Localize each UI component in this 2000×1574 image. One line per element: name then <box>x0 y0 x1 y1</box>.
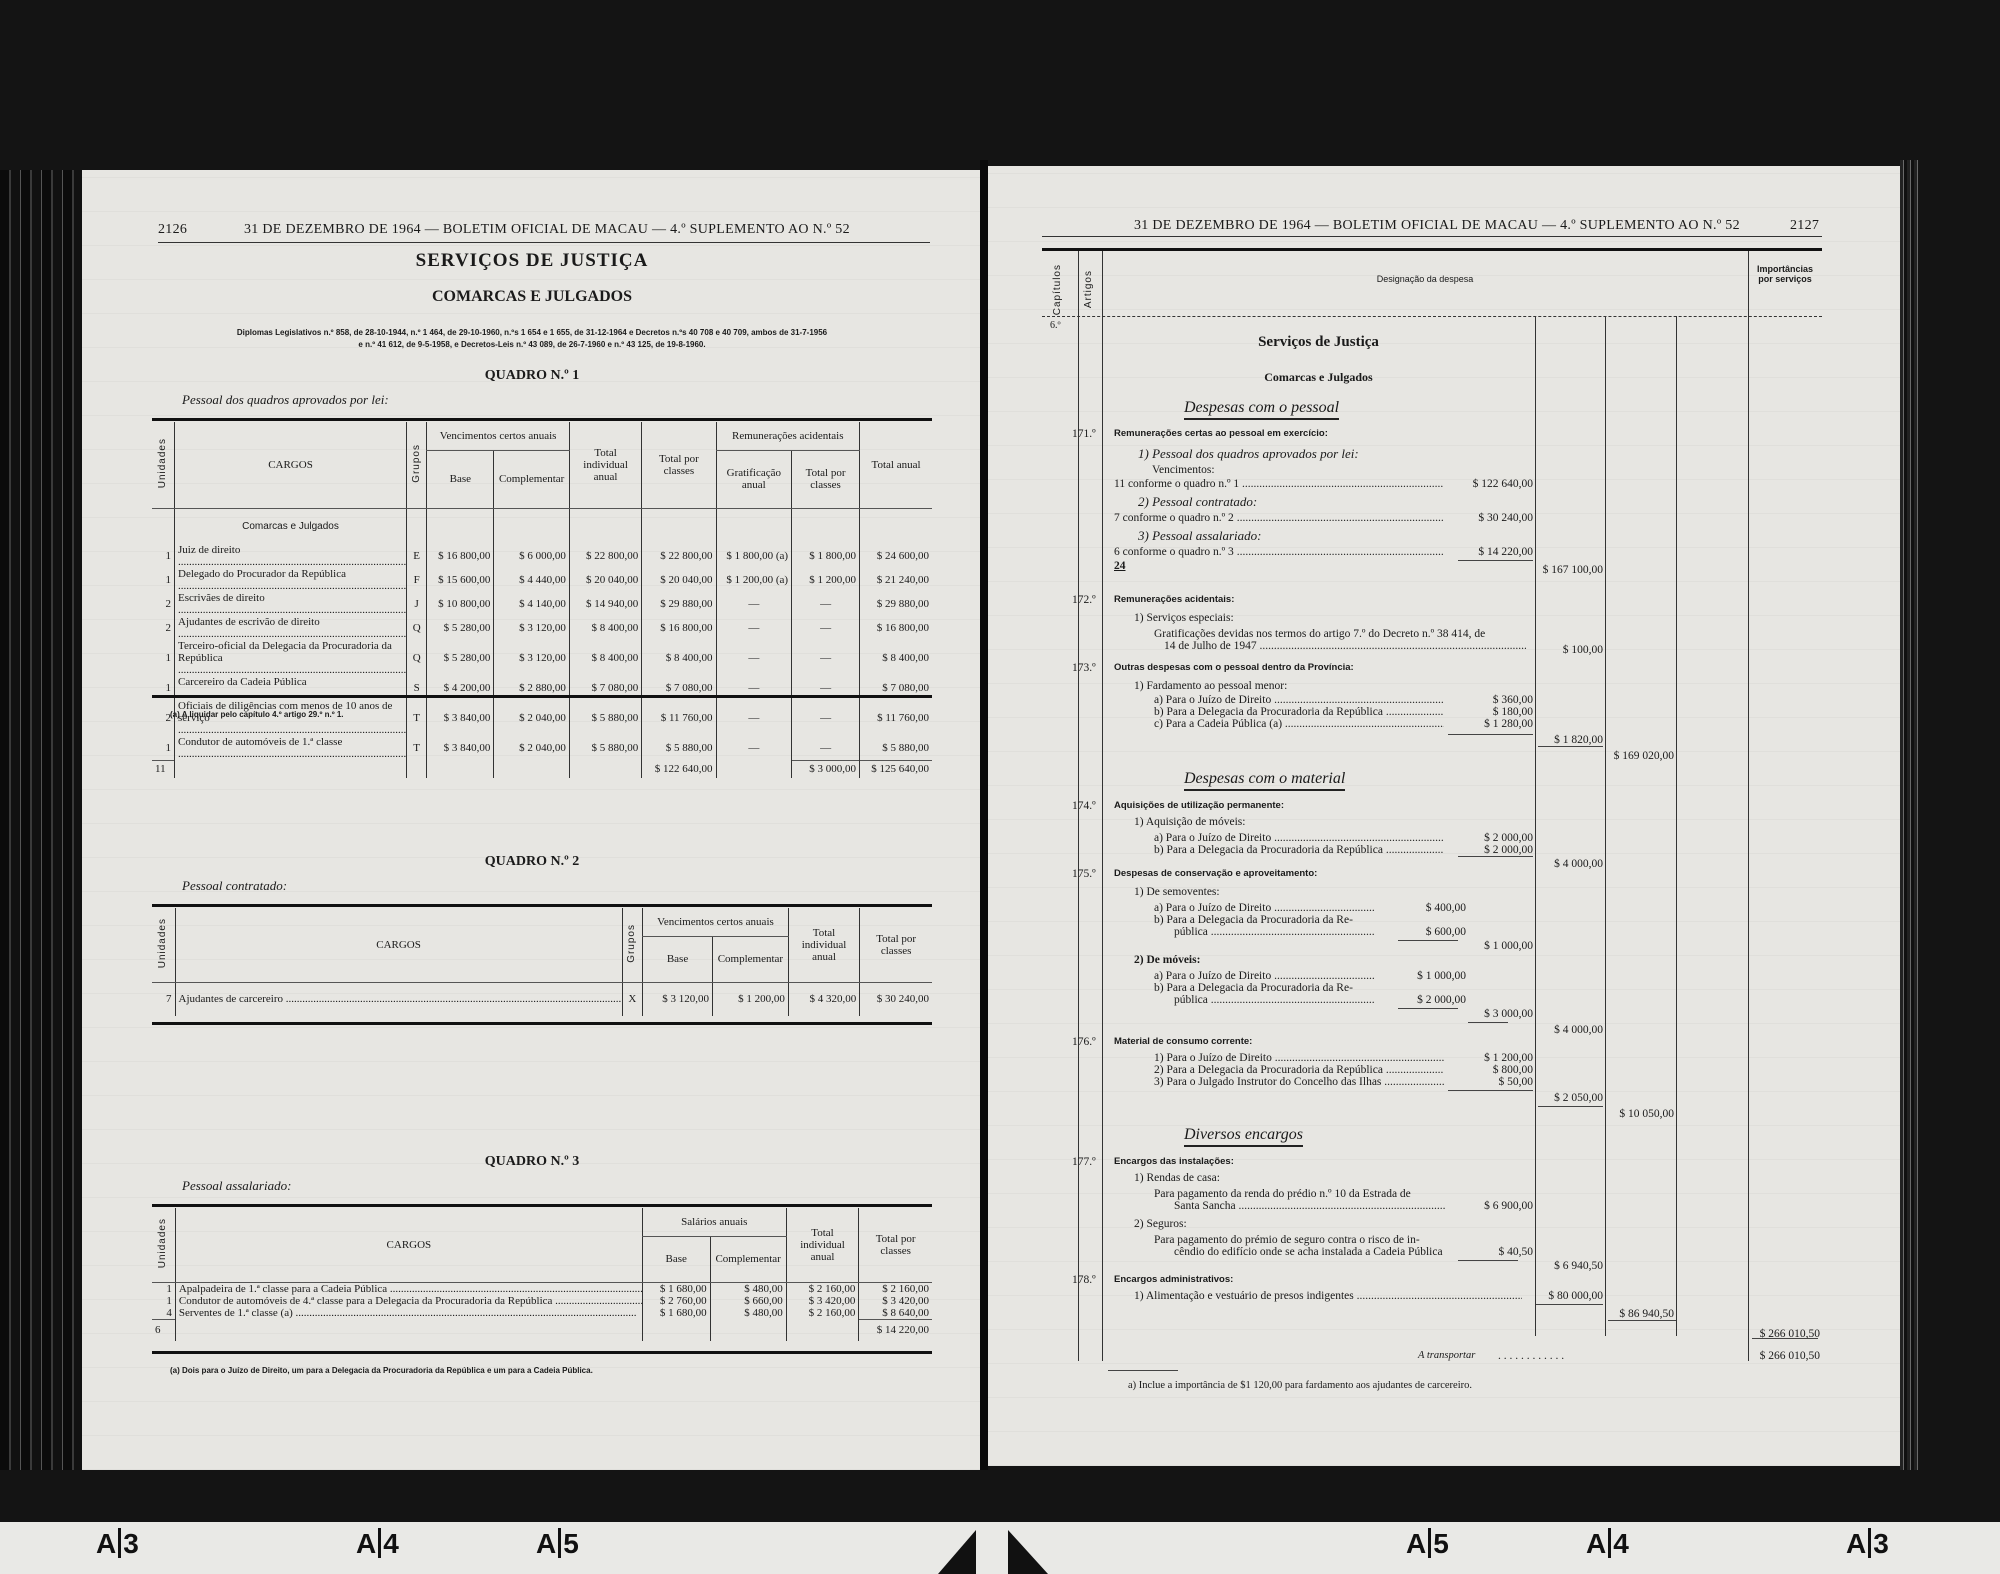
total-classes: $ 8 400,00 <box>642 640 716 676</box>
grupo: T <box>407 700 427 736</box>
table-row: 1Condutor de automóveis de 1.ª classeT$ … <box>152 736 932 760</box>
table-row: 1Delegado do Procurador da RepúblicaF$ 1… <box>152 568 932 592</box>
total-classes-2: — <box>792 700 860 736</box>
header-base: Base <box>643 936 713 982</box>
subtotal-rule <box>1458 1260 1518 1261</box>
complementar-value: $ 3 120,00 <box>494 640 569 676</box>
ledger-footnote: a) Inclue a importância de $1 120,00 par… <box>1128 1380 1472 1391</box>
total-anual: $ 16 800,00 <box>860 616 932 640</box>
line-item: 14 de Julho de 1947 <box>1164 640 1526 652</box>
blank <box>710 1319 786 1341</box>
book-spine <box>0 170 82 1470</box>
grupo: F <box>407 568 427 592</box>
header-total-individual: Total individual anual <box>569 422 641 508</box>
item-label: 1) Aquisição de móveis: <box>1134 816 1245 828</box>
cargo-name: Escrivães de direito <box>175 592 407 616</box>
header-base: Base <box>642 1236 710 1282</box>
quadro-3-footnote: (a) Dois para o Juízo de Direito, um par… <box>170 1366 593 1375</box>
amount: $ 360,00 <box>1493 694 1533 706</box>
total-classes-2: — <box>792 640 860 676</box>
amount: $ 40,50 <box>1499 1246 1534 1258</box>
subtotal-rule <box>1108 1370 1178 1371</box>
base-value: $ 2 760,00 <box>642 1295 710 1307</box>
line-item: 2) Para a Delegacia da Procuradoria da R… <box>1154 1064 1444 1076</box>
totals-row: 6$ 14 220,00 <box>152 1319 932 1341</box>
table-top-rule <box>152 904 932 907</box>
alignment-triangle-right <box>1008 1530 1048 1574</box>
item-label: Para pagamento do prémio de seguro contr… <box>1154 1234 1420 1246</box>
item-label: 2) Pessoal contratado: <box>1138 494 1257 510</box>
grupo: Q <box>407 616 427 640</box>
quadro-1-footnote: (a) A liquidar pelo capítulo 4.º artigo … <box>170 710 344 719</box>
cargo-name: Serventes de 1.ª classe (a) <box>175 1307 642 1320</box>
item-label: 1) Rendas de casa: <box>1134 1172 1220 1184</box>
header-capitulos: Capítulos <box>1052 264 1063 315</box>
table-top-rule <box>152 418 932 421</box>
table-row: 7Ajudantes de carcereiroX$ 3 120,00$ 1 2… <box>152 982 932 1016</box>
item-label: 1) Fardamento ao pessoal menor: <box>1134 680 1287 692</box>
blank <box>569 760 641 778</box>
amount: $ 50,00 <box>1499 1076 1534 1088</box>
header-unidades: Unidades <box>157 1218 169 1268</box>
section-heading: Despesas com o material <box>1184 770 1345 791</box>
line-item: a) Para o Juízo de Direito <box>1154 832 1444 844</box>
unit-total: 6 <box>152 1319 175 1341</box>
header-unidades: Unidades <box>157 438 169 488</box>
article-heading: Outras despesas com o pessoal dentro da … <box>1114 662 1354 673</box>
header-cargos: CARGOS <box>175 908 622 982</box>
cargo-name: Condutor de automóveis de 1.ª classe <box>175 736 407 760</box>
table-row: 2Ajudantes de escrivão de direitoQ$ 5 28… <box>152 616 932 640</box>
subtotal-rule <box>1448 734 1533 735</box>
header-cargos: CARGOS <box>175 1208 642 1282</box>
unit-total: 11 <box>152 760 175 778</box>
amount: $ 2 000,00 <box>1484 844 1533 856</box>
amount: $ 1 200,00 <box>1484 1052 1533 1064</box>
gratificacao: $ 1 200,00 (a) <box>716 568 792 592</box>
amount: $ 100,00 <box>1563 644 1603 656</box>
calibration-mark: A5 <box>536 1528 579 1560</box>
total-classes: $ 11 760,00 <box>642 700 716 736</box>
subtotal: $ 6 940,50 <box>1554 1260 1603 1272</box>
table-row: 1Condutor de automóveis de 4.ª classe pa… <box>152 1295 932 1307</box>
page-number: 2126 <box>158 222 187 238</box>
quadro-2-caption: Pessoal contratado: <box>182 878 287 894</box>
total-classes: $ 5 880,00 <box>642 736 716 760</box>
header-artigos: Artigos <box>1083 270 1094 308</box>
header-total-classes: Total por classes <box>642 422 716 508</box>
total-individual: $ 8 400,00 <box>569 616 641 640</box>
unit-count: 4 <box>152 1307 175 1320</box>
page-number: 2127 <box>1790 218 1819 234</box>
total-classes-2: $ 1 800,00 <box>792 544 860 568</box>
amount: $ 800,00 <box>1493 1064 1533 1076</box>
item-label: b) Para a Delegacia da Procuradoria da R… <box>1154 982 1353 994</box>
total-individual: $ 4 320,00 <box>788 982 859 1016</box>
blank <box>175 760 407 778</box>
section-title: Serviços de Justiça <box>1102 334 1535 351</box>
grupo: E <box>407 544 427 568</box>
subtotal: $ 3 000,00 <box>1484 1008 1533 1020</box>
transport-total: $ 266 010,50 <box>1760 1350 1820 1362</box>
complementar-value: $ 3 120,00 <box>494 616 569 640</box>
item-label: 1) Serviços especiais: <box>1134 612 1234 624</box>
amount: $ 2 000,00 <box>1417 994 1466 1006</box>
header-complementar: Complementar <box>710 1236 786 1282</box>
running-header: 31 DE DEZEMBRO DE 1964 — BOLETIM OFICIAL… <box>244 222 850 238</box>
quadro-2-title: QUADRO N.º 2 <box>82 854 982 870</box>
cargo-name: Terceiro-oficial da Delegacia da Procura… <box>175 640 407 676</box>
left-page: 2126 31 DE DEZEMBRO DE 1964 — BOLETIM OF… <box>82 170 980 1470</box>
gratificacao: — <box>716 592 792 616</box>
article-number: 177.º <box>1072 1156 1096 1168</box>
subtotal: $ 1 000,00 <box>1484 940 1533 952</box>
cargo-name: Ajudantes de carcereiro <box>175 982 622 1016</box>
amount: $ 122 640,00 <box>1473 478 1533 490</box>
total-classes: $ 2 160,00 <box>859 1282 932 1295</box>
subtotal-rule <box>1398 1008 1458 1009</box>
line-item: pública <box>1174 926 1374 938</box>
running-header: 31 DE DEZEMBRO DE 1964 — BOLETIM OFICIAL… <box>1134 218 1740 234</box>
cargo-name: Delegado do Procurador da República <box>175 568 407 592</box>
header-unidades: Unidades <box>157 918 169 968</box>
article-number: 175.º <box>1072 868 1096 880</box>
header-salarios: Salários anuais <box>642 1208 786 1236</box>
subtotal-rule <box>1468 1022 1508 1023</box>
header-designacao: Designação da despesa <box>1102 274 1748 284</box>
table-top-rule <box>152 1204 932 1207</box>
page-subtitle: COMARCAS E JULGADOS <box>82 288 982 306</box>
unit-count: 1 <box>152 1295 175 1307</box>
total-anual: $ 24 600,00 <box>860 544 932 568</box>
subtotal-rule <box>1398 940 1458 941</box>
amount: $ 1 280,00 <box>1484 718 1533 730</box>
unit-count: 1 <box>152 736 175 760</box>
blank <box>716 760 792 778</box>
total-anual: $ 8 400,00 <box>860 640 932 676</box>
quadro-3-caption: Pessoal assalariado: <box>182 1178 291 1194</box>
base-value: $ 16 800,00 <box>427 544 494 568</box>
total-individual: $ 5 880,00 <box>569 736 641 760</box>
header-total-classes-2: Total por classes <box>792 450 860 508</box>
calibration-mark: A5 <box>1406 1528 1449 1560</box>
article-heading: Material de consumo corrente: <box>1114 1036 1252 1047</box>
line-item: 1) Alimentação e vestuário de presos ind… <box>1134 1290 1522 1302</box>
line-item: Santa Sancha <box>1174 1200 1446 1212</box>
unit-total: 24 <box>1114 560 1126 572</box>
article-number: 171.º <box>1072 428 1096 440</box>
article-heading: Despesas de conservação e aproveitamento… <box>1114 868 1317 879</box>
amount: $ 600,00 <box>1426 926 1466 938</box>
total-classes: $ 3 420,00 <box>859 1295 932 1307</box>
section-subtitle: Comarcas e Julgados <box>1102 370 1535 385</box>
unit-count: 1 <box>152 1282 175 1295</box>
quadro-3-table: Unidades CARGOS Salários anuais Total in… <box>152 1208 932 1341</box>
line-item: 6 conforme o quadro n.º 3 <box>1114 546 1444 558</box>
line-item: a) Para o Juízo de Direito <box>1154 902 1374 914</box>
total-classes-sum: $ 14 220,00 <box>859 1319 932 1341</box>
table-row: 1Juiz de direitoE$ 16 800,00$ 6 000,00$ … <box>152 544 932 568</box>
line-item: c) Para a Cadeia Pública (a) <box>1154 718 1444 730</box>
quadro-1-table: Unidades CARGOS Grupos Vencimentos certo… <box>152 422 932 778</box>
header-complementar: Complementar <box>494 450 569 508</box>
base-value: $ 5 280,00 <box>427 616 494 640</box>
subtotal-rule <box>1538 1106 1603 1107</box>
table-row: 1Apalpadeira de 1.ª classe para a Cadeia… <box>152 1282 932 1295</box>
right-page: 31 DE DEZEMBRO DE 1964 — BOLETIM OFICIAL… <box>988 166 1900 1466</box>
column-rule <box>1102 251 1103 1361</box>
header-remuneracoes: Remunerações acidentais <box>716 422 860 450</box>
gratificacao: — <box>716 736 792 760</box>
legislation-line-1: Diplomas Legislativos n.º 858, de 28-10-… <box>82 328 982 337</box>
article-heading: Remunerações certas ao pessoal em exercí… <box>1114 428 1328 439</box>
grupo: X <box>622 982 643 1016</box>
table-bottom-rule <box>152 1022 932 1025</box>
totals-row: 11$ 122 640,00$ 3 000,00$ 125 640,00 <box>152 760 932 778</box>
subtotal-rule <box>1448 1090 1533 1091</box>
blank <box>175 1319 642 1341</box>
total-individual: $ 8 400,00 <box>569 640 641 676</box>
total-anual-sum: $ 125 640,00 <box>860 760 932 778</box>
total-classes: $ 30 240,00 <box>860 982 932 1016</box>
unit-count: 1 <box>152 568 175 592</box>
item-label: b) Para a Delegacia da Procuradoria da R… <box>1154 914 1353 926</box>
calibration-mark: A4 <box>1586 1528 1629 1560</box>
subtotal: $ 1 820,00 <box>1554 734 1603 746</box>
article-heading: Remunerações acidentais: <box>1114 594 1234 605</box>
subtotal: $ 4 000,00 <box>1554 1024 1603 1036</box>
subtotal-rule <box>1608 1320 1676 1321</box>
grupo: Q <box>407 640 427 676</box>
item-label: Gratificações devidas nos termos do arti… <box>1154 628 1485 640</box>
blank <box>407 760 427 778</box>
item-label: 3) Pessoal assalariado: <box>1138 528 1262 544</box>
section-heading: Despesas com o pessoal <box>1184 399 1339 420</box>
item-label: cêndio do edifício onde se acha instalad… <box>1174 1246 1443 1258</box>
legislation-line-2: e n.º 41 612, de 9-5-1958, e Decretos-Le… <box>82 340 982 349</box>
cargo-name: Juiz de direito <box>175 544 407 568</box>
quadro-1-title: QUADRO N.º 1 <box>82 368 982 384</box>
alignment-triangle-left <box>938 1530 976 1574</box>
blank <box>427 760 494 778</box>
total-individual: $ 2 160,00 <box>786 1282 859 1295</box>
subtotal-rule <box>1458 856 1533 857</box>
gratificacao: $ 1 800,00 (a) <box>716 544 792 568</box>
transport-label: A transportar <box>1418 1350 1475 1361</box>
column-rule <box>1676 316 1677 1336</box>
column-rule <box>1748 251 1749 1361</box>
header-complementar: Complementar <box>712 936 788 982</box>
cargo-name: Ajudantes de escrivão de direito <box>175 616 407 640</box>
complementar-value: $ 480,00 <box>710 1282 786 1295</box>
article-heading: Encargos administrativos: <box>1114 1274 1233 1285</box>
unit-count: 7 <box>152 982 175 1016</box>
book-gutter <box>980 160 988 1470</box>
total-classes: $ 22 800,00 <box>642 544 716 568</box>
total-classes: $ 16 800,00 <box>642 616 716 640</box>
complementar-value: $ 2 040,00 <box>494 736 569 760</box>
line-item: 3) Para o Julgado Instrutor do Concelho … <box>1154 1076 1444 1088</box>
microfilm-strip <box>0 1522 2000 1574</box>
amount: $ 6 900,00 <box>1484 1200 1533 1212</box>
subtotal: $ 167 100,00 <box>1543 564 1603 576</box>
grupo: J <box>407 592 427 616</box>
base-value: $ 1 680,00 <box>642 1307 710 1320</box>
total-anual: $ 5 880,00 <box>860 736 932 760</box>
header-bottom-rule <box>1042 316 1822 317</box>
item-label: 1) De semoventes: <box>1134 886 1220 898</box>
quadro-2-table: Unidades CARGOS Grupos Vencimentos certo… <box>152 908 932 1016</box>
calibration-mark: A3 <box>1846 1528 1889 1560</box>
article-number: 176.º <box>1072 1036 1096 1048</box>
gratificacao: — <box>716 700 792 736</box>
total-classes-2: — <box>792 592 860 616</box>
header-grupos: Grupos <box>626 924 638 963</box>
amount: $ 14 220,00 <box>1478 546 1533 558</box>
header-gratificacao: Gratificação anual <box>716 450 792 508</box>
header-total-classes: Total por classes <box>859 1208 932 1282</box>
column-rule <box>1605 316 1606 1336</box>
header-importancias: Importâncias por serviços <box>1750 264 1820 284</box>
line-item: a) Para o Juízo de Direito <box>1154 694 1444 706</box>
base-value: $ 15 600,00 <box>427 568 494 592</box>
article-number: 172.º <box>1072 594 1096 606</box>
unit-count: 2 <box>152 592 175 616</box>
section-total: $ 86 940,50 <box>1619 1308 1674 1320</box>
base-value: $ 10 800,00 <box>427 592 494 616</box>
line-item: a) Para o Juízo de Direito <box>1154 970 1374 982</box>
total-classes-2: — <box>792 736 860 760</box>
header-grupos: Grupos <box>411 444 423 483</box>
line-item: b) Para a Delegacia da Procuradoria da R… <box>1154 706 1444 718</box>
header-total-anual: Total anual <box>860 422 932 508</box>
total-classes-sum: $ 122 640,00 <box>642 760 716 778</box>
subtotal: $ 4 000,00 <box>1554 858 1603 870</box>
amount: $ 1 000,00 <box>1417 970 1466 982</box>
header-cargos: CARGOS <box>175 422 407 508</box>
quadro-1-caption: Pessoal dos quadros aprovados por lei: <box>182 392 389 408</box>
amount: $ 400,00 <box>1426 902 1466 914</box>
base-value: $ 3 840,00 <box>427 736 494 760</box>
item-label: 2) Seguros: <box>1134 1218 1187 1230</box>
header-total-individual: Total individual anual <box>788 908 859 982</box>
column-rule <box>1535 316 1536 1336</box>
line-item: 1) Para o Juízo de Direito <box>1154 1052 1444 1064</box>
unit-count: 1 <box>152 544 175 568</box>
blank <box>642 1319 710 1341</box>
page-title: SERVIÇOS DE JUSTIÇA <box>82 250 982 272</box>
quadro-3-title: QUADRO N.º 3 <box>82 1154 982 1170</box>
base-value: $ 3 120,00 <box>643 982 713 1016</box>
total-individual: $ 5 880,00 <box>569 700 641 736</box>
article-heading: Encargos das instalações: <box>1114 1156 1234 1167</box>
line-item: pública <box>1174 994 1374 1006</box>
chapter-number: 6.º <box>1050 320 1061 331</box>
table-bottom-rule <box>152 695 932 698</box>
article-number: 174.º <box>1072 800 1096 812</box>
amount: $ 80 000,00 <box>1548 1290 1603 1302</box>
subtotal-rule <box>1538 746 1603 747</box>
cargo-name: Apalpadeira de 1.ª classe para a Cadeia … <box>175 1282 642 1295</box>
table-row: 1Terceiro-oficial da Delegacia da Procur… <box>152 640 932 676</box>
line-item: 7 conforme o quadro n.º 2 <box>1114 512 1444 524</box>
item-label: 1) Pessoal dos quadros aprovados por lei… <box>1138 446 1359 462</box>
subtotal: $ 2 050,00 <box>1554 1092 1603 1104</box>
complementar-value: $ 4 440,00 <box>494 568 569 592</box>
total-anual: $ 11 760,00 <box>860 700 932 736</box>
item-label: Para pagamento da renda do prédio n.º 10… <box>1154 1188 1411 1200</box>
line-item: b) Para a Delegacia da Procuradoria da R… <box>1154 844 1444 856</box>
gratificacao: — <box>716 640 792 676</box>
article-number: 178.º <box>1072 1274 1096 1286</box>
subtotal-rule <box>1458 560 1533 561</box>
blank <box>786 1319 859 1341</box>
table-row: 2Escrivães de direitoJ$ 10 800,00$ 4 140… <box>152 592 932 616</box>
subtotal-rule <box>1752 1338 1818 1339</box>
total-anual: $ 21 240,00 <box>860 568 932 592</box>
gratificacao: — <box>716 616 792 640</box>
header-vencimentos: Vencimentos certos anuais <box>427 422 570 450</box>
header-total-classes: Total por classes <box>860 908 932 982</box>
table-row: 4Serventes de 1.ª classe (a)$ 1 680,00$ … <box>152 1307 932 1320</box>
section-total: $ 169 020,00 <box>1614 750 1674 762</box>
section-heading: Diversos encargos <box>1184 1126 1303 1147</box>
amount: $ 30 240,00 <box>1478 512 1533 524</box>
calibration-mark: A3 <box>96 1528 139 1560</box>
total-individual: $ 3 420,00 <box>786 1295 859 1307</box>
section-total: $ 10 050,00 <box>1619 1108 1674 1120</box>
total-individual: $ 14 940,00 <box>569 592 641 616</box>
leader-dots: . . . . . . . . . . . . <box>1498 1350 1564 1362</box>
table-bottom-rule <box>152 1351 932 1354</box>
article-number: 173.º <box>1072 662 1096 674</box>
header-base: Base <box>427 450 494 508</box>
cargo-name: Condutor de automóveis de 4.ª classe par… <box>175 1295 642 1307</box>
unit-count: 2 <box>152 616 175 640</box>
total-individual: $ 22 800,00 <box>569 544 641 568</box>
total-classes: $ 8 640,00 <box>859 1307 932 1320</box>
header-rule <box>1042 236 1822 237</box>
page-edges <box>1900 160 1918 1470</box>
base-value: $ 3 840,00 <box>427 700 494 736</box>
base-value: $ 5 280,00 <box>427 640 494 676</box>
section-label: Comarcas e Julgados <box>175 508 407 544</box>
line-item: 11 conforme o quadro n.º 1 <box>1114 478 1444 490</box>
total-individual: $ 2 160,00 <box>786 1307 859 1320</box>
grupo: T <box>407 736 427 760</box>
calibration-mark: A4 <box>356 1528 399 1560</box>
complementar-value: $ 6 000,00 <box>494 544 569 568</box>
total-anual: $ 29 880,00 <box>860 592 932 616</box>
total-classes-2-sum: $ 3 000,00 <box>792 760 860 778</box>
item-label: 2) De móveis: <box>1134 954 1200 966</box>
complementar-value: $ 1 200,00 <box>712 982 788 1016</box>
header-vencimentos: Vencimentos certos anuais <box>643 908 789 936</box>
header-total-individual: Total individual anual <box>786 1208 859 1282</box>
base-value: $ 1 680,00 <box>642 1282 710 1295</box>
amount: $ 180,00 <box>1493 706 1533 718</box>
total-classes-2: — <box>792 616 860 640</box>
header-rule <box>158 242 930 243</box>
blank <box>494 760 569 778</box>
total-classes: $ 29 880,00 <box>642 592 716 616</box>
complementar-value: $ 2 040,00 <box>494 700 569 736</box>
subtotal-rule <box>1536 1304 1603 1305</box>
unit-count: 1 <box>152 640 175 676</box>
complementar-value: $ 660,00 <box>710 1295 786 1307</box>
item-label: Vencimentos: <box>1152 464 1215 476</box>
table-top-rule <box>1042 248 1822 251</box>
